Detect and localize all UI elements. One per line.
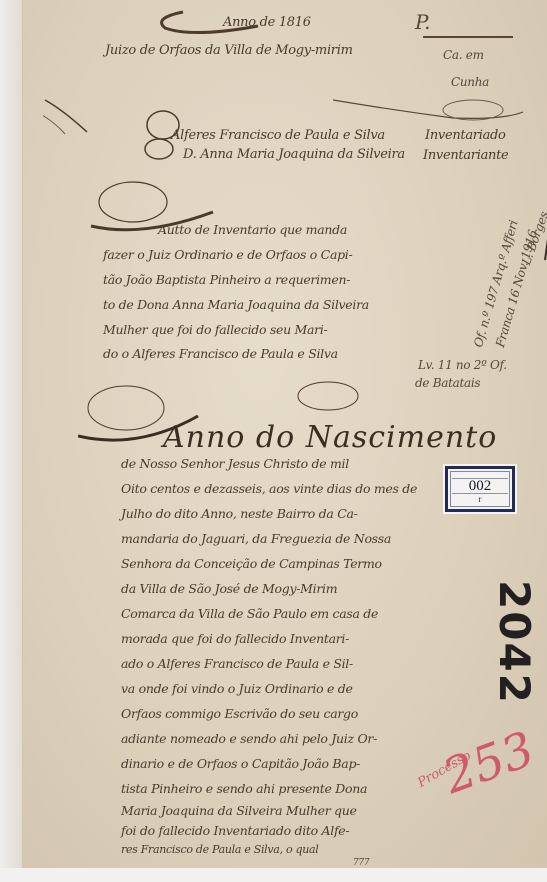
red-annotation-number: 253: [436, 721, 541, 805]
opening-line-1: Autto de Inventario que manda: [158, 222, 347, 237]
body-line-11: Orfaos commigo Escrivão do seu cargo: [121, 706, 358, 721]
body-line-6: da Villa de São José de Mogy-Mirim: [121, 581, 337, 596]
top-right-note-1: Ca. em: [443, 48, 484, 62]
body-line-1: de Nosso Senhor Jesus Christo de mil: [121, 456, 349, 471]
ledger-note-2: de Batatais: [415, 376, 480, 390]
top-right-initial: P.: [415, 10, 430, 34]
role-inventariante: Inventariante: [423, 148, 508, 163]
party-inventariante: D. Anna Maria Joaquina da Silveira: [183, 147, 405, 162]
top-right-rule: [423, 36, 513, 38]
scan-margin-left: [0, 0, 22, 882]
folio-number: 002: [448, 478, 512, 495]
bottom-edge-mark: 777: [353, 858, 369, 868]
right-flourish: [333, 90, 533, 130]
opening-line-4: to de Dona Anna Maria Joaquina da Silvei…: [103, 297, 369, 312]
top-right-note-2: Cunha: [451, 75, 489, 89]
body-line-5: Senhora da Conceição de Campinas Termo: [121, 556, 382, 571]
body-line-10: va onde foi vindo o Juiz Ordinario e de: [121, 681, 353, 696]
header-court: Juizo de Orfaos da Villa de Mogy-mirim: [105, 43, 353, 58]
role-inventariado: Inventariado: [425, 128, 506, 143]
stencil-number: 2042: [490, 580, 539, 705]
body-line-2: Oito centos e dezasseis, aos vinte dias …: [121, 481, 417, 496]
section-title: Anno do Nascimento: [163, 420, 497, 455]
opening-line-6: do o Alferes Francisco de Paula e Silva: [103, 346, 338, 361]
opening-line-5: Mulher que foi do fallecido seu Mari-: [103, 322, 327, 337]
body-line-17: res Francisco de Paula e Silva, o qual: [121, 843, 318, 856]
opening-line-3: tão João Baptista Pinheiro a requerimen-: [103, 272, 350, 287]
body-line-14: tista Pinheiro e sendo ahi presente Dona: [121, 781, 367, 796]
pen-stroke-mark: [43, 90, 103, 150]
opening-line-2: fazer o Juiz Ordinario e de Orfaos o Cap…: [103, 247, 352, 262]
body-line-9: ado o Alferes Francisco de Paula e Sil-: [121, 656, 353, 671]
body-line-4: mandaria do Jaguari, da Freguezia de Nos…: [121, 531, 391, 546]
body-line-13: dinario e de Orfaos o Capitão João Bap-: [121, 756, 360, 771]
folio-stamp: 002 r: [445, 466, 515, 512]
header-year: Anno de 1816: [223, 15, 311, 30]
scan-margin-bottom: [0, 868, 547, 882]
body-line-16: foi do fallecido Inventariado dito Alfe-: [121, 823, 349, 838]
body-line-7: Comarca da Villa de São Paulo em casa de: [121, 606, 378, 621]
body-line-12: adiante nomeado e sendo ahi pelo Juiz Or…: [121, 731, 377, 746]
body-line-3: Julho do dito Anno, neste Bairro da Ca-: [121, 506, 358, 521]
manuscript-page: Anno de 1816 Juizo de Orfaos da Villa de…: [22, 0, 547, 870]
body-line-15: Maria Joaquina da Silveira Mulher que: [121, 803, 357, 818]
body-line-8: morada que foi do fallecido Inventari-: [121, 631, 349, 646]
party-inventariado: Alferes Francisco de Paula e Silva: [171, 128, 385, 143]
ledger-note-1: Lv. 11 no 2º Of.: [418, 358, 507, 372]
folio-side: r: [448, 494, 512, 504]
